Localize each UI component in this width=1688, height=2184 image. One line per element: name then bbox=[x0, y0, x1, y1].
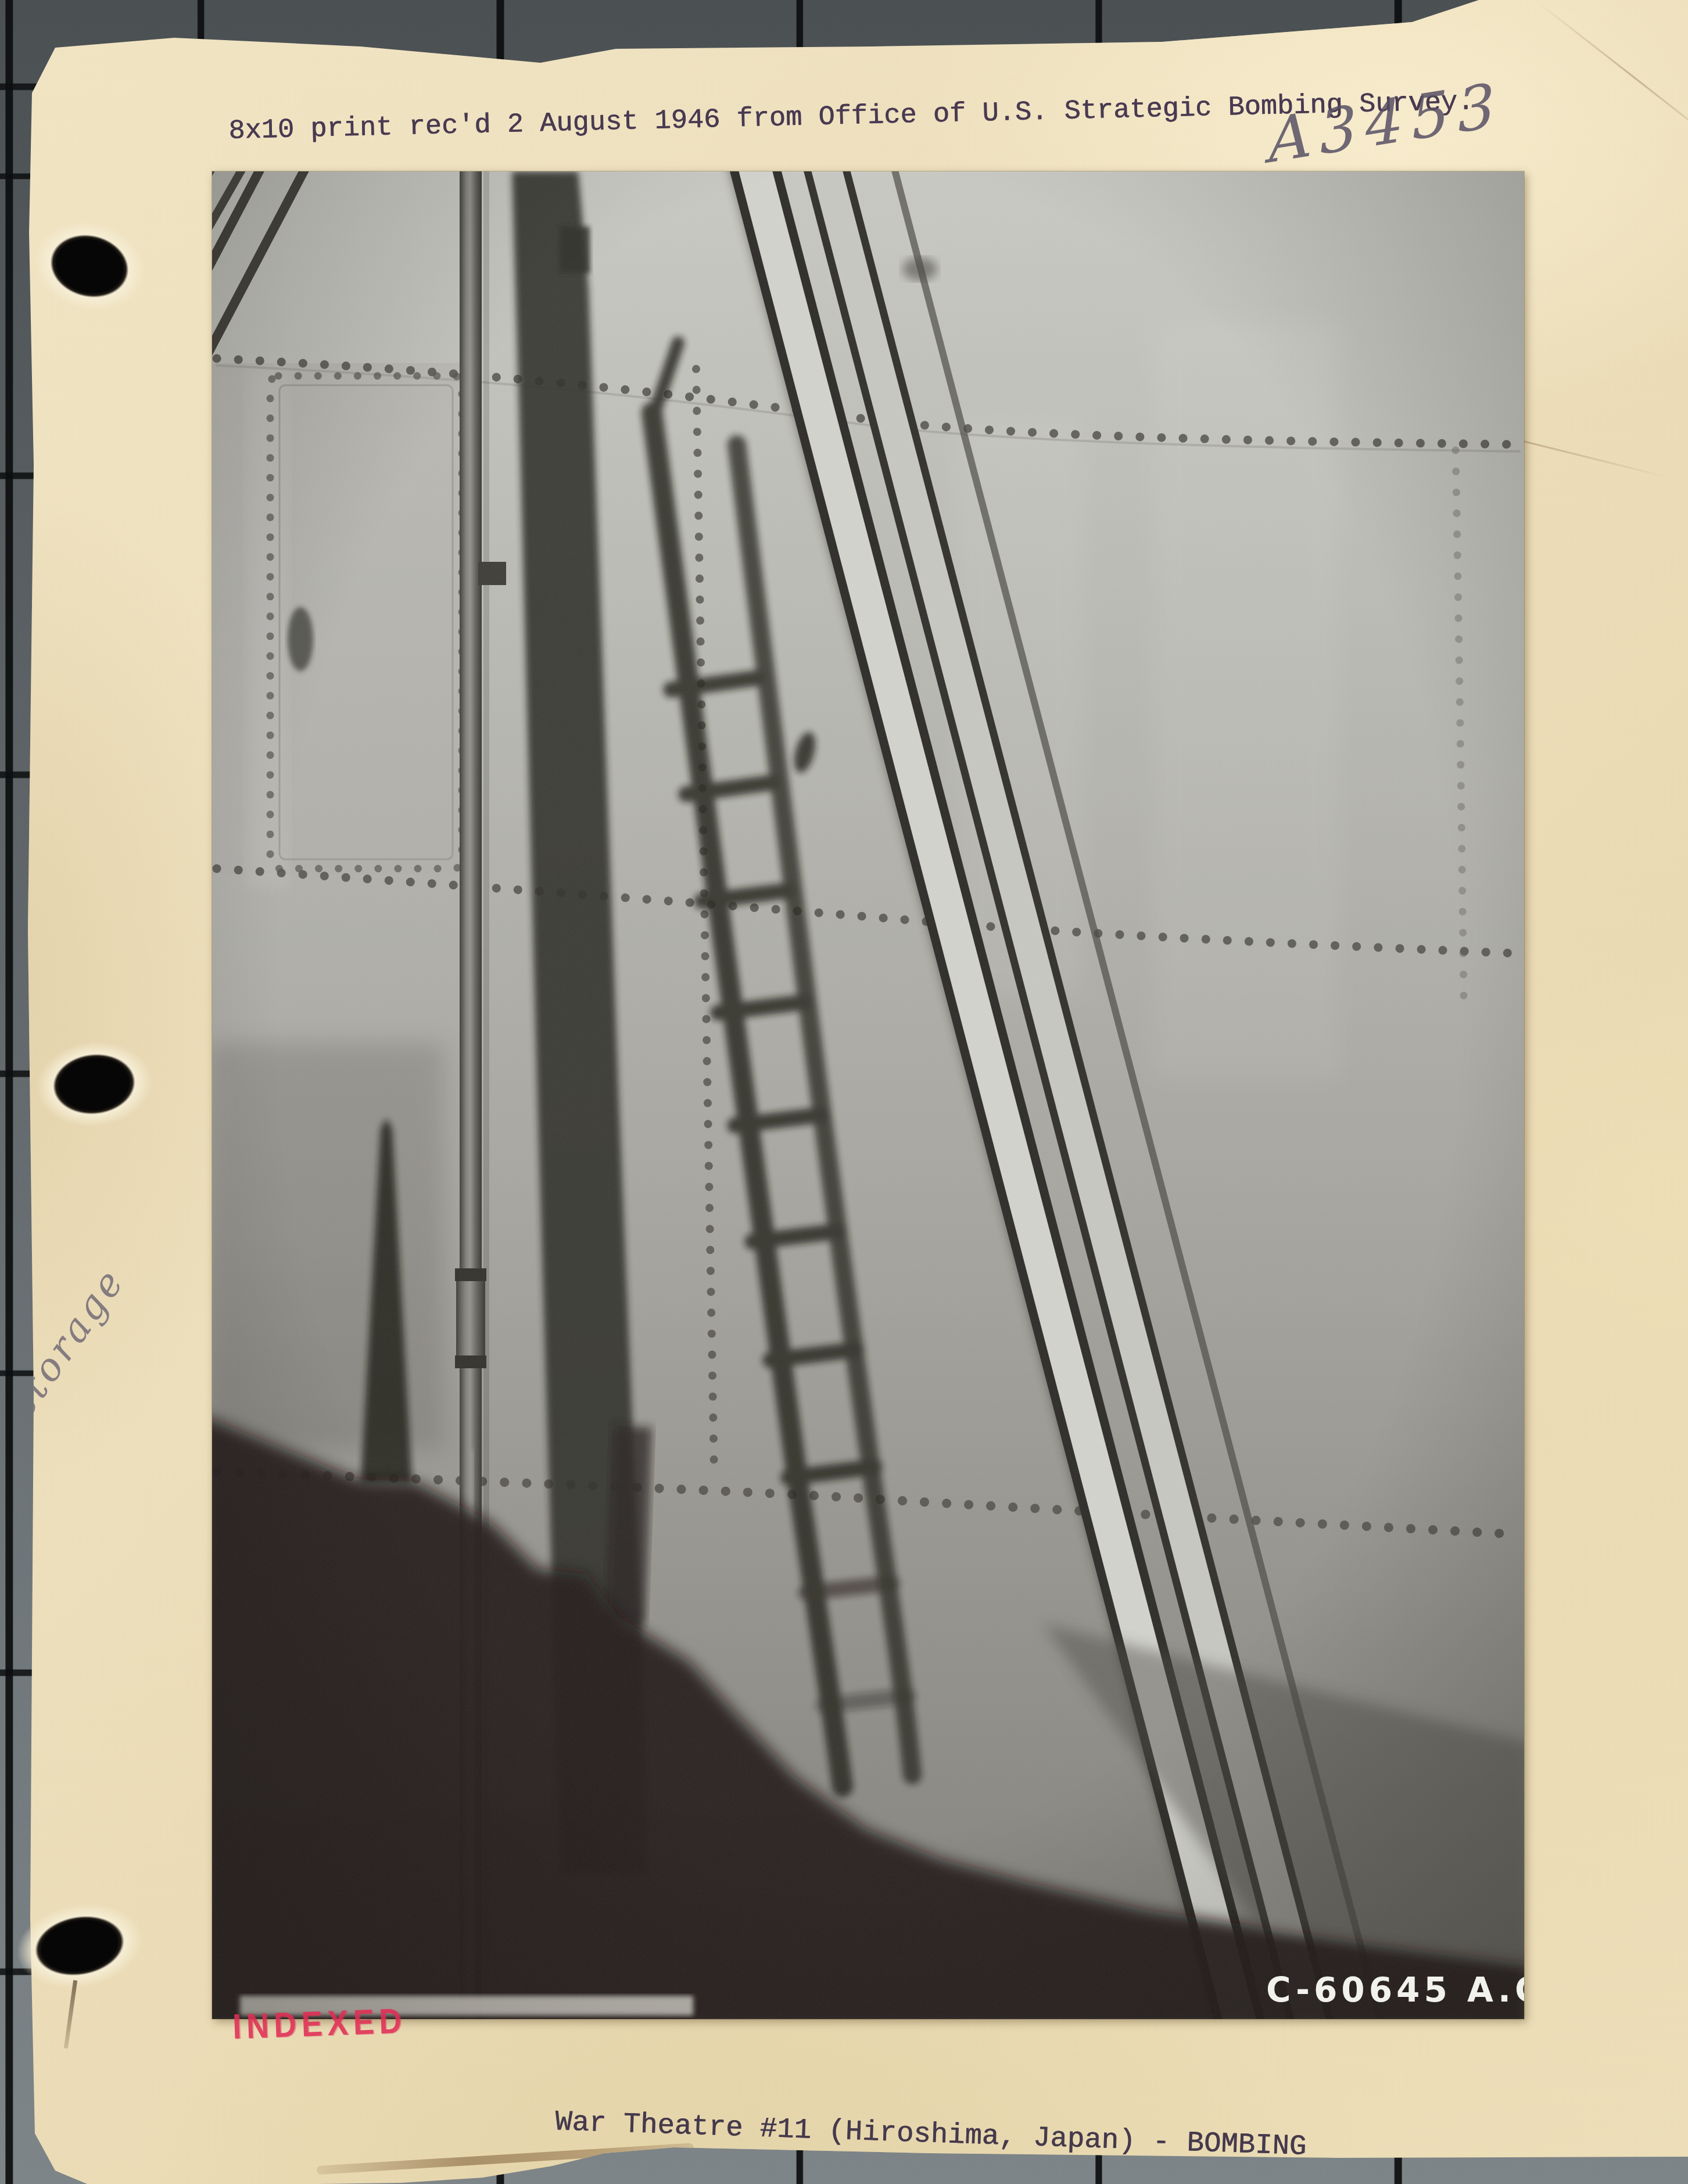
photo-vignette bbox=[212, 171, 1524, 2019]
scanned-archive-page: 8x10 print rec'd 2 August 1946 from Offi… bbox=[0, 0, 1688, 2184]
indexed-stamp: INDEXED bbox=[232, 2000, 407, 2047]
photo-credit: C-60645 A.C. bbox=[1266, 1970, 1524, 2010]
photo-scene: C-60645 A.C. bbox=[212, 171, 1524, 2019]
paper-sheet: 8x10 print rec'd 2 August 1946 from Offi… bbox=[0, 0, 1688, 2184]
photo-print: C-60645 A.C. bbox=[212, 171, 1524, 2019]
crease-line bbox=[1536, 1, 1688, 152]
